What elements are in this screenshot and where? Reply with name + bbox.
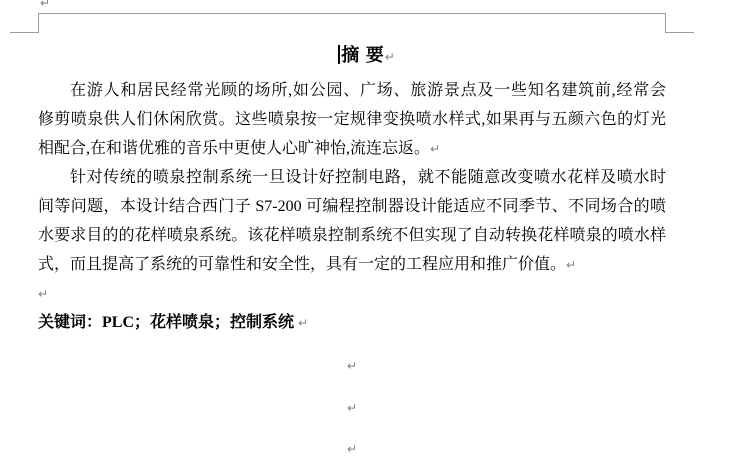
paragraph-mark-icon: ↵ xyxy=(38,287,48,301)
text-boundary-top-rule xyxy=(38,13,666,14)
paragraph1-line3[interactable]: 相配合,在和谐优雅的音乐中更使人心旷神怡,流连忘返。↵ xyxy=(38,134,666,163)
paragraph2-line4-text: 式，而且提高了系统的可靠性和安全性，具有一定的工程应用和推广价值。 xyxy=(38,256,566,273)
text-cursor xyxy=(338,45,340,64)
paragraph-mark-icon: ↵ xyxy=(347,401,357,415)
paragraph1-line1[interactable]: 在游人和居民经常光顾的场所,如公园、广场、旅游景点及一些知名建筑前,经常会 xyxy=(38,76,666,105)
word-document-canvas[interactable]: { "document": { "title": "摘 要", "para1":… xyxy=(0,0,730,457)
keywords-text: PLC；花样喷泉；控制系统 xyxy=(102,314,294,331)
paragraph1-line3-text: 相配合,在和谐优雅的音乐中更使人心旷神怡,流连忘返。 xyxy=(38,140,430,157)
margin-corner-right-horizontal xyxy=(665,32,694,33)
paragraph-mark-icon: ↵ xyxy=(430,142,440,156)
paragraph2-line4[interactable]: 式，而且提高了系统的可靠性和安全性，具有一定的工程应用和推广价值。↵ xyxy=(38,250,666,279)
paragraph-mark-icon: ↵ xyxy=(347,359,357,373)
title-line[interactable]: 摘 要↵ xyxy=(38,41,666,67)
empty-paragraph-line[interactable]: ↵ xyxy=(38,279,666,308)
paragraph-mark-icon: ↵ xyxy=(298,316,308,330)
paragraph2-line1[interactable]: 针对传统的喷泉控制系统一旦设计好控制电路，就不能随意改变喷水花样及喷水时 xyxy=(38,163,666,192)
empty-centered-paragraph[interactable]: ↵ xyxy=(38,358,666,374)
margin-corner-left-horizontal xyxy=(10,32,39,33)
margin-corner-left-vertical xyxy=(38,13,39,33)
document-body[interactable]: 在游人和居民经常光顾的场所,如公园、广场、旅游景点及一些知名建筑前,经常会 修剪… xyxy=(38,76,666,337)
empty-centered-paragraph[interactable]: ↵ xyxy=(38,400,666,416)
paragraph-mark-icon: ↵ xyxy=(385,50,396,64)
page-title: 摘 要 xyxy=(341,45,385,65)
paragraph2-line3[interactable]: 水要求目的的花样喷泉系统。该花样喷泉控制系统不但实现了自动转换花样喷泉的喷水样 xyxy=(38,221,666,250)
margin-corner-right-vertical xyxy=(665,13,666,33)
keywords-label: 关键词： xyxy=(38,314,102,331)
paragraph2-line2[interactable]: 间等问题，本设计结合西门子 S7-200 可编程控制器设计能适应不同季节、不同场… xyxy=(38,192,666,221)
paragraph-mark-icon: ↵ xyxy=(566,258,576,272)
paragraph-mark-icon: ↵ xyxy=(347,442,357,456)
empty-centered-paragraph[interactable]: ↵ xyxy=(38,441,666,457)
paragraph1-line2[interactable]: 修剪喷泉供人们休闲欣赏。这些喷泉按一定规律变换喷水样式,如果再与五颜六色的灯光 xyxy=(38,105,666,134)
keywords-line[interactable]: 关键词：PLC；花样喷泉；控制系统 ↵ xyxy=(38,308,666,337)
header-paragraph-mark-icon: ↵ xyxy=(40,0,50,10)
